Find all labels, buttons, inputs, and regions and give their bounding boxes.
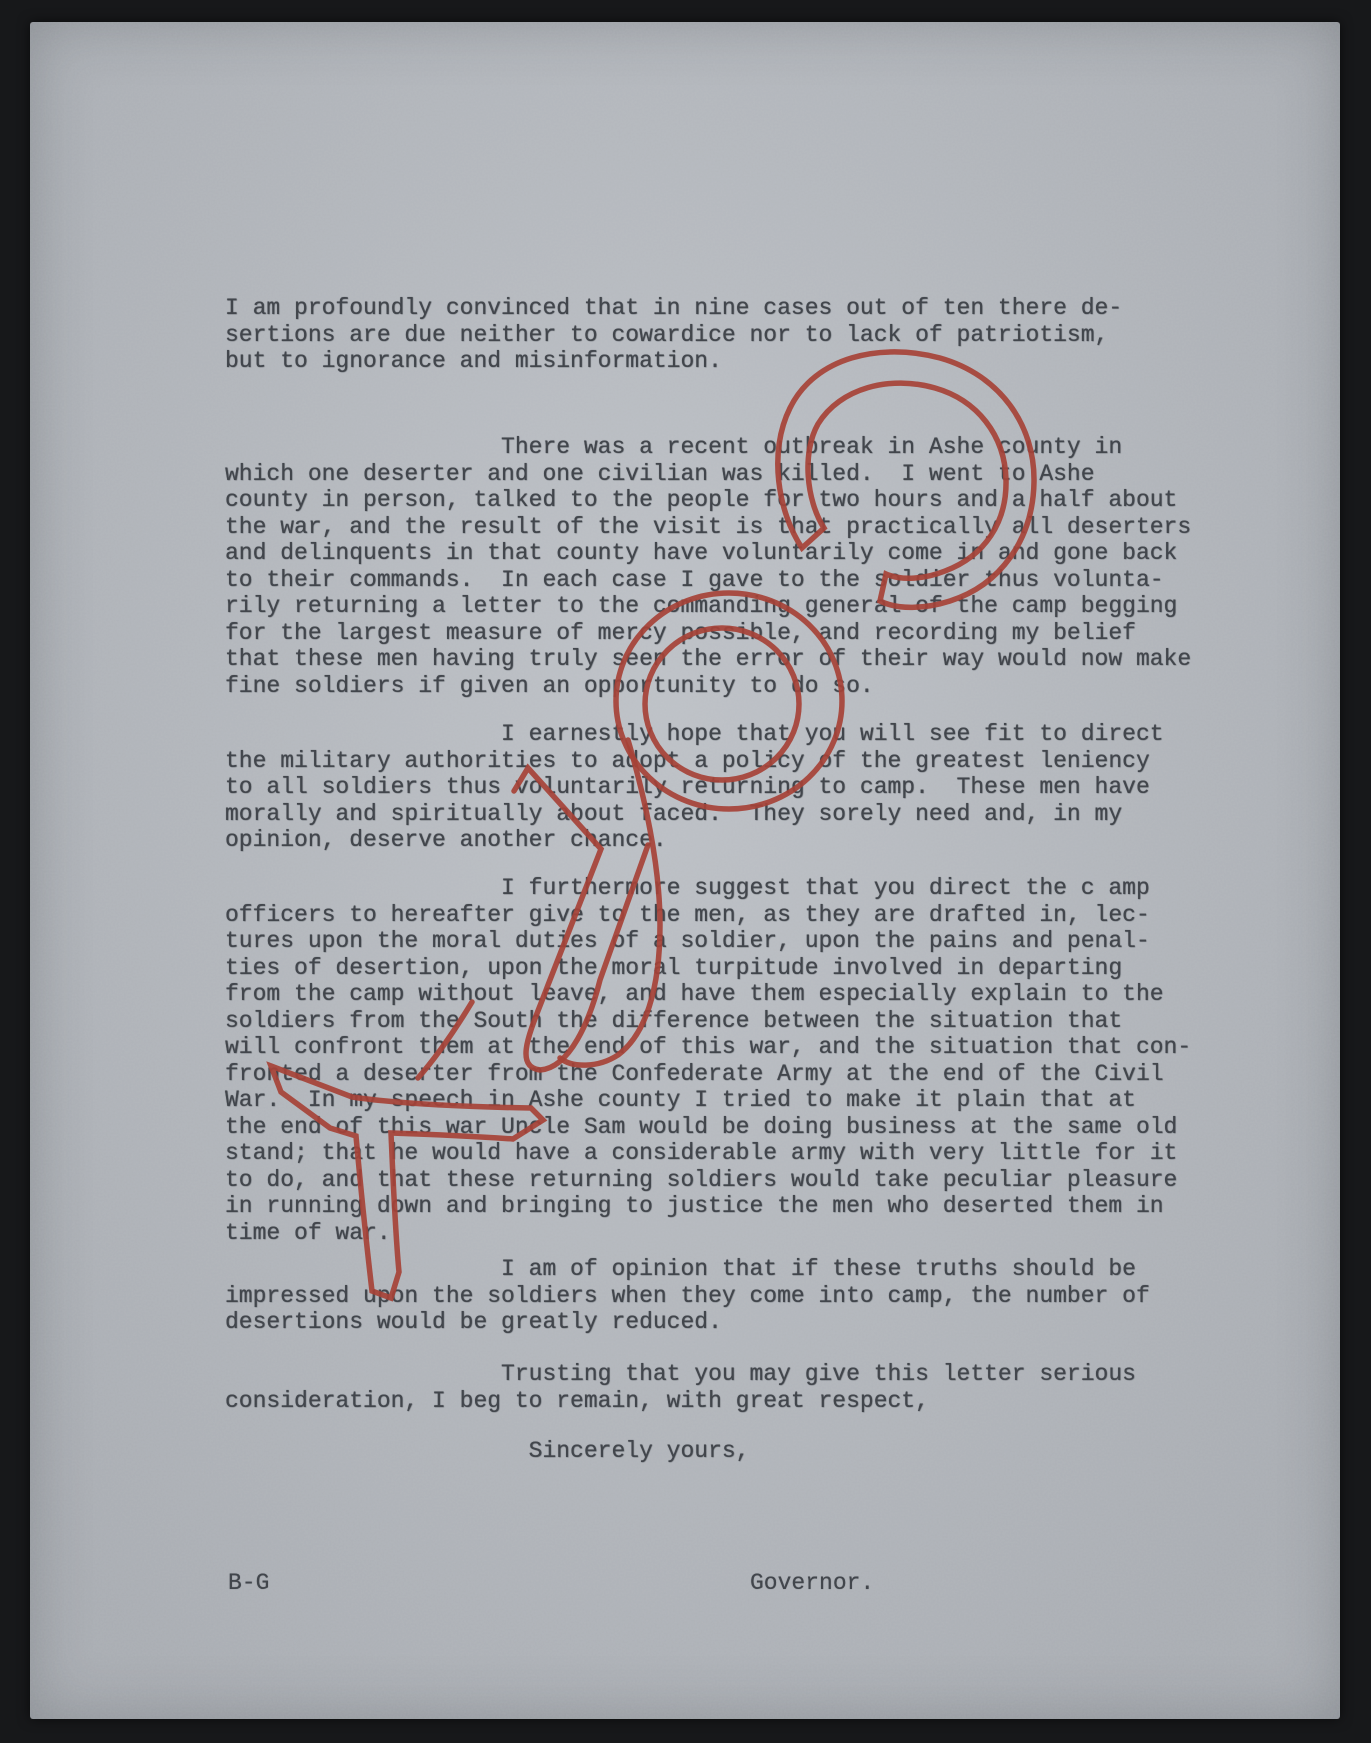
paragraph-6: Trusting that you may give this letter s… (225, 1361, 1136, 1414)
paragraph-4: I furthermore suggest that you direct th… (225, 875, 1191, 1246)
paragraph-3: I earnestly hope that you will see fit t… (225, 721, 1164, 854)
typist-initials: B-G (228, 1570, 269, 1596)
closing-sincerely: Sincerely yours, (225, 1438, 750, 1465)
signature-title: Governor. (750, 1570, 874, 1596)
letter-body: I am profoundly convinced that in nine c… (0, 0, 1371, 1743)
paragraph-5: I am of opinion that if these truths sho… (225, 1256, 1150, 1336)
scanned-letter-page: I am profoundly convinced that in nine c… (0, 0, 1371, 1743)
paragraph-2: There was a recent outbreak in Ashe coun… (225, 434, 1191, 699)
paragraph-1: I am profoundly convinced that in nine c… (225, 295, 1122, 375)
